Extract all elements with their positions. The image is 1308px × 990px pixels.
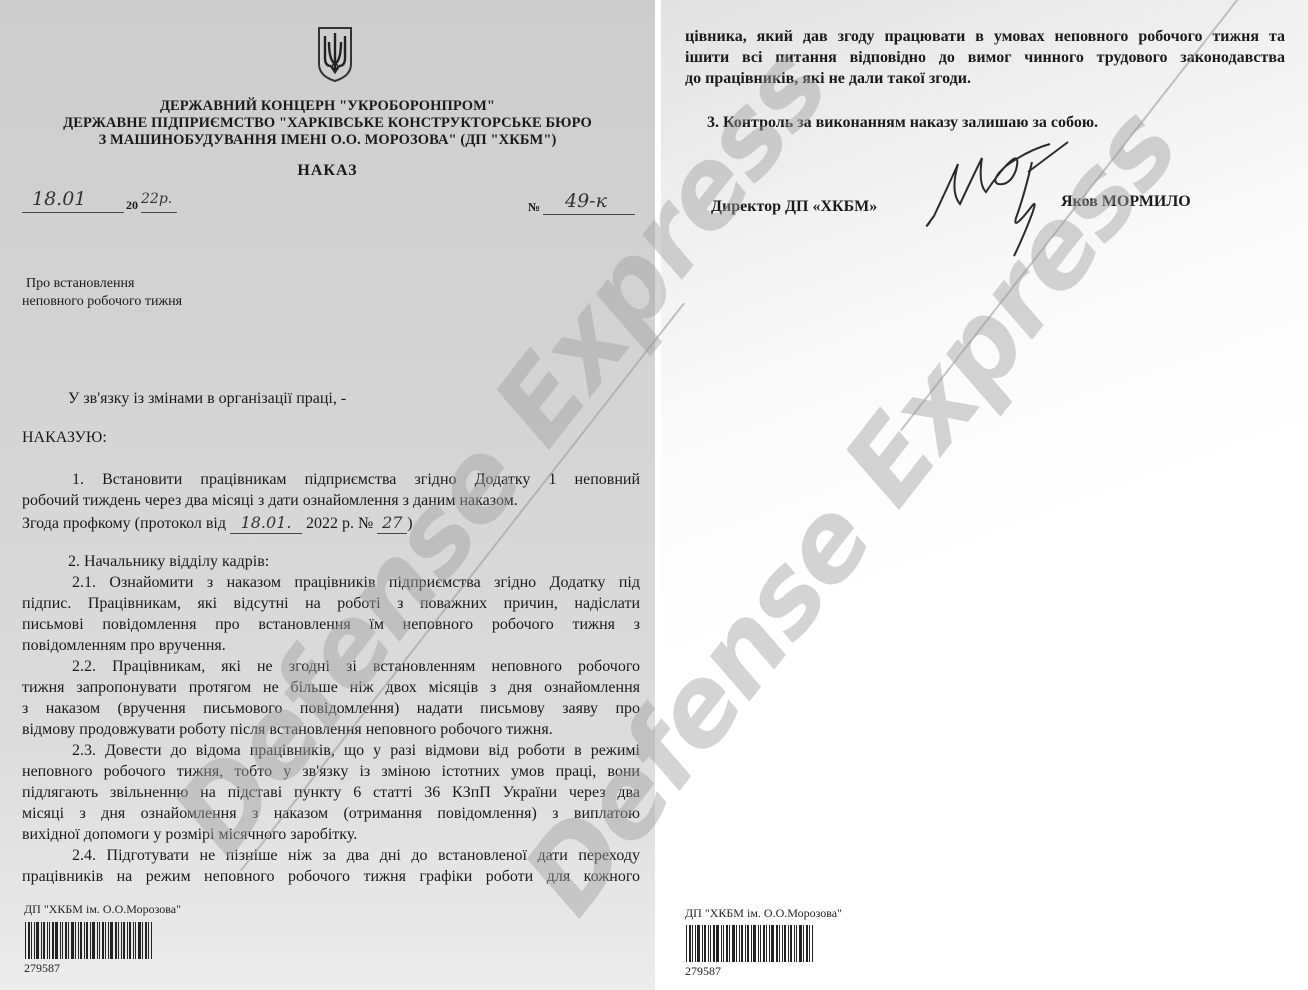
barcode-bar <box>790 925 792 962</box>
barcode-bar <box>133 922 134 959</box>
item-3: 3. Контроль за виконанням наказу залишаю… <box>707 114 1098 132</box>
subject-line-2: неповного робочого тижня <box>22 294 182 310</box>
barcode-bar <box>121 922 122 959</box>
barcode-bar <box>803 925 804 962</box>
number-field: 49-к <box>543 192 635 215</box>
consent-suffix: ) <box>407 515 412 532</box>
barcode-bar <box>729 925 730 962</box>
order-word: НАКАЗУЮ: <box>22 429 107 447</box>
item-1-line-1: 1. Встановити працівникам підприємства з… <box>22 471 640 489</box>
barcode-bar <box>788 925 789 962</box>
continuation-line-3: до працівників, які не дали такої згоди. <box>685 70 971 88</box>
item-2-2-line-3: з наказом (вручення письмового повідомле… <box>22 700 640 718</box>
barcode-number: 279587 <box>685 964 721 979</box>
signatory-title: Директор ДП «ХКБМ» <box>711 198 877 216</box>
barcode-bar <box>776 925 778 962</box>
header-line-1: ДЕРЖАВНИЙ КОНЦЕРН "УКРОБОРОНПРОМ" <box>0 98 655 115</box>
barcode-bar <box>62 922 63 959</box>
barcode-bar <box>84 922 85 959</box>
barcode-bar <box>86 922 88 959</box>
barcode-bar <box>760 925 761 962</box>
barcode-bar <box>796 925 797 962</box>
barcode-bar <box>65 922 67 959</box>
document-title: НАКАЗ <box>0 162 655 180</box>
barcode <box>686 925 814 962</box>
barcode-bar <box>794 925 795 962</box>
number-handwritten: 49-к <box>565 190 607 212</box>
barcode-bar <box>771 925 774 962</box>
document-page-1: ДЕРЖАВНИЙ КОНЦЕРН "УКРОБОРОНПРОМ" ДЕРЖАВ… <box>0 0 655 990</box>
item-2-4-line-1: 2.4. Підготувати не пізніше ніж за два д… <box>22 847 640 865</box>
barcode-bar <box>732 925 735 962</box>
barcode-bar <box>151 922 152 959</box>
consent-number-handwritten: 27 <box>382 513 402 532</box>
barcode-bar <box>753 925 756 962</box>
barcode-bar <box>68 922 69 959</box>
item-2-1-line-1: 2.1. Ознайомити з наказом працівників пі… <box>22 574 640 592</box>
consent-prefix: Згода профкому (протокол від <box>22 515 226 532</box>
barcode-bar <box>713 925 715 962</box>
barcode-bar <box>28 922 30 959</box>
year-field: 22р. <box>141 190 177 213</box>
barcode-bar <box>47 922 48 959</box>
barcode-bar <box>43 922 45 959</box>
item-1-line-2: робочий тиждень через два місяці з дати … <box>22 492 640 510</box>
barcode-bar <box>695 925 696 962</box>
barcode-bar <box>710 925 711 962</box>
barcode-bar <box>25 922 26 959</box>
barcode-bar <box>148 922 149 959</box>
barcode-bar <box>809 925 810 962</box>
barcode-bar <box>692 925 693 962</box>
barcode-bar <box>763 925 765 962</box>
preamble: У зв'язку із змінами в організації праці… <box>68 390 346 408</box>
barcode-bar <box>812 925 813 962</box>
barcode-bar <box>52 922 54 959</box>
barcode-bar <box>115 922 117 959</box>
item-2-heading: 2. Начальнику відділу кадрів: <box>68 553 269 571</box>
item-2-3-line-4: місяці з дня ознайомлення з наказом (отр… <box>22 805 640 823</box>
barcode-bar <box>108 922 109 959</box>
barcode-bar <box>142 922 143 959</box>
item-2-2-line-4: відмову продовжувати роботу після встано… <box>22 721 640 739</box>
barcode-bar <box>779 925 780 962</box>
barcode-bar <box>90 922 91 959</box>
barcode-bar <box>99 922 100 959</box>
header-line-3: З МАШИНОБУДУВАННЯ ІМЕНІ О.О. МОРОЗОВА" (… <box>0 132 655 149</box>
barcode-bar <box>102 922 104 959</box>
barcode-bar <box>71 922 74 959</box>
item-2-1-line-2: підпис. Працівникам, які відсутні на роб… <box>22 595 640 613</box>
barcode-bar <box>723 925 724 962</box>
barcode-bar <box>110 922 113 959</box>
header-line-2: ДЕРЖАВНЕ ПІДПРИЄМСТВО "ХАРКІВСЬКЕ КОНСТР… <box>0 115 655 132</box>
barcode-bar <box>769 925 770 962</box>
consent-date-handwritten: 18.01. <box>241 513 292 532</box>
barcode-bar <box>689 925 691 962</box>
barcode-bar <box>745 925 746 962</box>
barcode-bar <box>766 925 767 962</box>
item-2-3-line-2: неповного робочого тижня, тобто у зв'язк… <box>22 763 640 781</box>
barcode-bar <box>123 922 125 959</box>
barcode-bar <box>739 925 740 962</box>
barcode-bar <box>118 922 119 959</box>
footer-org: ДП "ХКБМ ім. О.О.Морозова" <box>685 906 842 921</box>
barcode-bar <box>34 922 35 959</box>
number-label: № <box>528 200 540 215</box>
barcode-bar <box>127 922 128 959</box>
barcode-bar <box>55 922 58 959</box>
item-2-3-line-5: вихідної допомоги у розмірі місячного за… <box>22 826 640 844</box>
barcode-bar <box>782 925 783 962</box>
item-2-2-line-2: тижня запропонувати протягом не більше н… <box>22 679 640 697</box>
barcode-bar <box>697 925 700 962</box>
barcode-bar <box>799 925 802 962</box>
item-2-1-line-3: письмові повідомлення про встановлення ї… <box>22 616 640 634</box>
barcode-bar <box>36 922 39 959</box>
director-signature <box>920 140 1130 260</box>
barcode-bar <box>31 922 32 959</box>
trident-emblem-icon <box>315 24 355 84</box>
barcode-bar <box>702 925 703 962</box>
barcode-bar <box>80 922 82 959</box>
year-prefix: 20 <box>126 198 138 213</box>
item-2-2-line-1: 2.2. Працівникам, які не згодні зі встан… <box>22 658 640 676</box>
barcode-bar <box>145 922 147 959</box>
barcode-bar <box>97 922 98 959</box>
barcode-bar <box>92 922 95 959</box>
date-handwritten: 18.01 <box>32 188 86 210</box>
consent-year: 2022 р. № <box>306 515 373 532</box>
barcode-bar <box>806 925 808 962</box>
barcode-bar <box>60 922 61 959</box>
barcode-bar <box>105 922 106 959</box>
barcode-bar <box>726 925 728 962</box>
barcode-bar <box>736 925 737 962</box>
barcode-bar <box>49 922 50 959</box>
barcode-bar <box>135 922 136 959</box>
barcode-bar <box>75 922 76 959</box>
continuation-line-1: цівника, який дав згоду працювати в умов… <box>685 28 1285 46</box>
barcode-number: 279587 <box>24 961 60 976</box>
barcode-bar <box>758 925 759 962</box>
subject-line-1: Про встановлення <box>26 276 134 292</box>
barcode-bar <box>708 925 709 962</box>
barcode-bar <box>129 922 131 959</box>
barcode-bar <box>138 922 141 959</box>
barcode-bar <box>41 922 42 959</box>
item-2-1-line-4: повідомленням про вручення. <box>22 637 640 655</box>
item-1-consent: Згода профкому (протокол від 18.01. 2022… <box>22 513 413 534</box>
item-2-3-line-3: підлягають звільненню на підставі пункту… <box>22 784 640 802</box>
barcode-bar <box>716 925 719 962</box>
date-field: 18.01 <box>22 190 124 213</box>
barcode-bar <box>704 925 706 962</box>
item-2-4-line-2: працівників на режим неповного робочого … <box>22 868 640 886</box>
barcode-bar <box>721 925 722 962</box>
barcode-bar <box>784 925 786 962</box>
barcode-bar <box>747 925 749 962</box>
year-handwritten: 22р. <box>141 191 172 207</box>
barcode <box>25 922 153 959</box>
barcode-bar <box>741 925 743 962</box>
footer-org: ДП "ХКБМ ім. О.О.Морозова" <box>24 902 181 917</box>
barcode-bar <box>686 925 687 962</box>
item-2-3-line-1: 2.3. Довести до відома працівників, що у… <box>22 742 640 760</box>
barcode-bar <box>751 925 752 962</box>
barcode-bar <box>78 922 79 959</box>
